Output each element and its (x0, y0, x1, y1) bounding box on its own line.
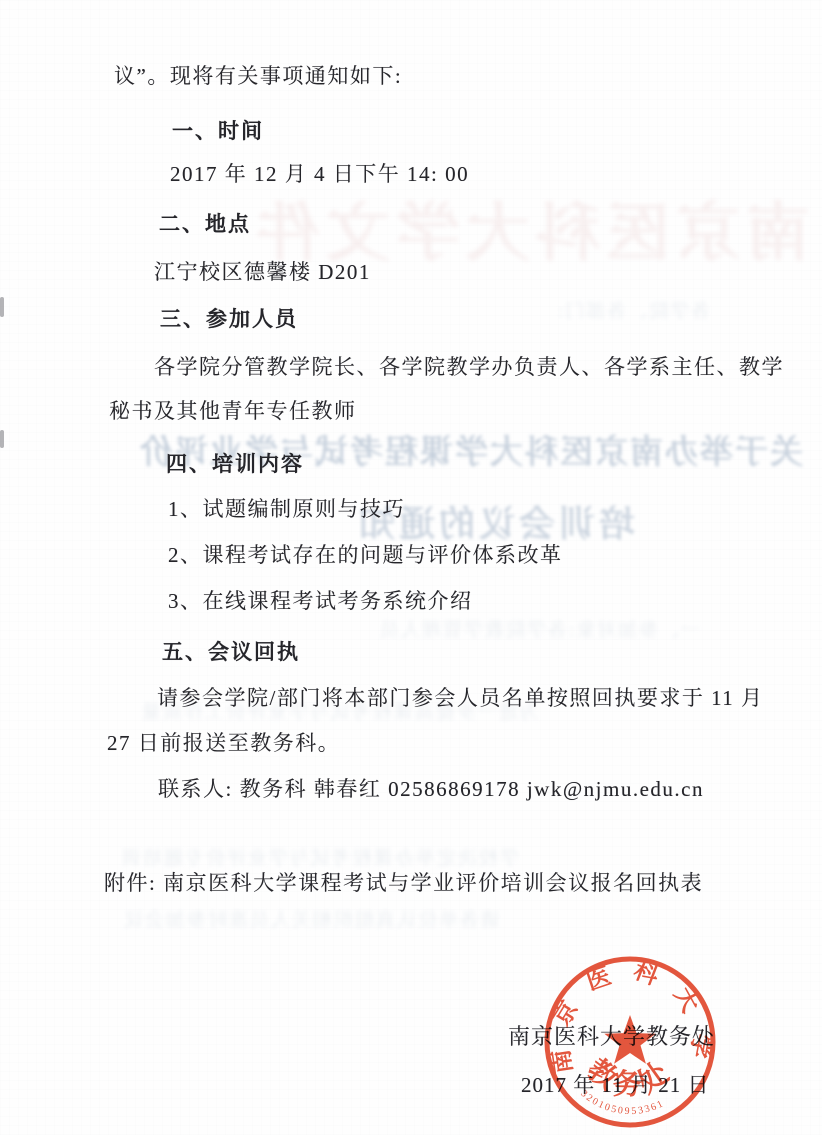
section-2-location: 江宁校区德馨楼 D201 (154, 260, 371, 284)
scanned-notice-page: 南京医科大学文件 关于举办南京医科大学课程考试与学业评价 培训会议的通知 各学院… (0, 0, 822, 1135)
section-4-item-2: 2、课程考试存在的问题与评价体系改革 (168, 543, 563, 567)
section-3-heading: 三、参加人员 (160, 307, 298, 331)
section-4-heading: 四、培训内容 (166, 452, 304, 476)
bleed-through-line: 学校决定举办课程考试与学业评价专题培训 (120, 843, 519, 870)
section-1-time: 2017 年 12 月 4 日下午 14: 00 (170, 162, 469, 186)
bleed-through-line: 请各单位认真组织相关人员准时参加会议 (122, 905, 500, 932)
scan-mark (0, 297, 4, 317)
seal-star-icon (604, 1015, 655, 1064)
section-3-attendees-line-1: 各学院分管教学院长、各学院教学办负责人、各学系主任、教学 (154, 355, 784, 379)
bleed-through-line: 各学院、各部门: (556, 296, 710, 323)
section-4-item-3: 3、在线课程考试考务系统介绍 (168, 589, 473, 613)
svg-text:教务处: 教务处 (581, 1053, 678, 1102)
section-2-heading: 二、地点 (159, 212, 251, 236)
official-seal: 南京医科大学 教务处 3201050953361 (539, 953, 721, 1135)
section-1-heading: 一、时间 (172, 119, 264, 143)
official-seal-graphic: 南京医科大学 教务处 3201050953361 (539, 953, 721, 1135)
scan-mark (0, 430, 4, 448)
bleed-through-line: 一、参加对象:各学院教学管理人员 (378, 615, 700, 642)
contact-line: 联系人: 教务科 韩春红 02586869178 jwk@njmu.edu.cn (158, 777, 704, 801)
section-5-line-1: 请参会学院/部门将本部门参会人员名单按照回执要求于 11 月 (157, 686, 764, 710)
attachment-line: 附件: 南京医科大学课程考试与学业评价培训会议报名回执表 (104, 871, 703, 895)
section-4-item-1: 1、试题编制原则与技巧 (168, 497, 405, 521)
section-3-attendees-line-2: 秘书及其他青年专任教师 (109, 399, 357, 423)
section-5-heading: 五、会议回执 (162, 640, 300, 664)
intro-line: 议”。现将有关事项通知如下: (114, 64, 402, 88)
section-5-line-2: 27 日前报送至教务科。 (107, 731, 340, 755)
seal-bottom-text: 教务处 (581, 1053, 678, 1102)
